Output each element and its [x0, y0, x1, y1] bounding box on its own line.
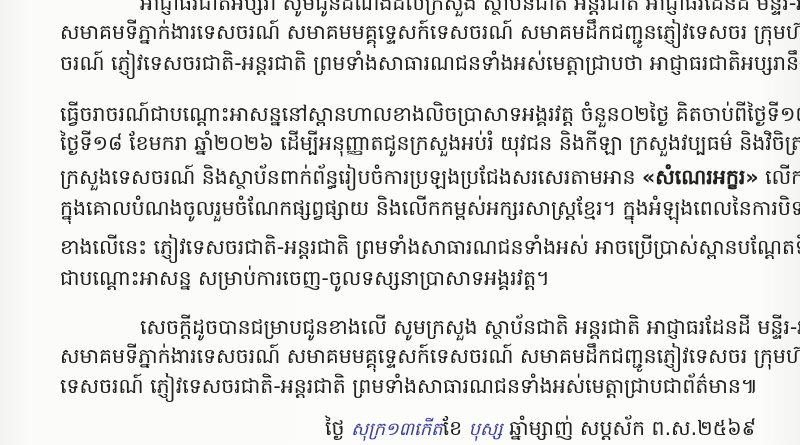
month-label: ខែ — [443, 416, 463, 440]
paragraph-1-line-4: ធ្វើចរាចរណ៍ជាបណ្តោះអាសន្ននៅស្ពានហាលខាងលិ… — [60, 99, 800, 129]
contest-title-emphasis: «សំណេរអក្ខរ» — [642, 165, 759, 189]
paragraph-1-line-1: អាជ្ញាធរជាតិអប្សរា សូមជូនដំណឹងដល់ក្រសួង … — [140, 0, 800, 18]
paragraph-1-line-6: ក្រសួងទេសចរណ៍ និងស្ថាប័នពាក់ព័ន្ធរៀបចំកា… — [60, 162, 800, 192]
date-suffix: ឆ្នាំម្សាញ់ សប្តស័ក ព.ស.២៥៦៩ — [509, 416, 756, 440]
line-6-text: ក្រសួងទេសចរណ៍ និងស្ថាប័នពាក់ព័ន្ធរៀបចំកា… — [60, 165, 635, 189]
scanned-document-page: អាជ្ញាធរជាតិអប្សរា សូមជូនដំណឹងដល់ក្រសួង … — [0, 0, 800, 445]
date-line: ថ្ងៃ សុក្រ១៣កើតខែ បុស្ស ឆ្នាំម្សាញ់ សប្ត… — [325, 413, 756, 445]
date-prefix: ថ្ងៃ — [325, 416, 345, 440]
paragraph-1-line-8: ខាងលើនេះ ភ្ញៀវទេសចរជាតិ-អន្តរជាតិ ព្រមទា… — [60, 232, 800, 262]
paragraph-1-line-3: ចរណ៍ ភ្ញៀវទេសចរជាតិ-អន្តរជាតិ ព្រមទាំងសា… — [60, 48, 800, 78]
handwritten-day: សុក្រ១៣កើត — [351, 419, 443, 440]
paragraph-1-line-2: សមាគមទីភ្នាក់ងារទេសចរណ៍ សមាគមមគ្គុទ្ទេសក… — [60, 17, 800, 47]
paragraph-1-line-5: ថ្ងៃទី១៨ ខែមករា ឆ្នាំ២០២៦ ដើម្បីអនុញ្ញាត… — [60, 128, 800, 158]
paragraph-2-line-2: សមាគមទីភ្នាក់ងារទេសចរណ៍ សមាគមមគ្គុទ្ទេសក… — [60, 341, 800, 371]
paragraph-1-line-9: ជាបណ្តោះអាសន្ន សម្រាប់ការចេញ-ចូលទស្សនាប្… — [60, 263, 550, 293]
paragraph-2-line-1: សេចក្តីដូចបានជម្រាបជូនខាងលើ សូមក្រសួង ស្… — [140, 312, 800, 342]
line-6-suffix: លើកទី៣ — [765, 165, 800, 189]
handwritten-month: បុស្ស — [469, 419, 503, 440]
paragraph-2-line-3: ទេសចរណ៍ ភ្ញៀវទេសចរជាតិ-អន្តរជាតិ ព្រមទាំ… — [60, 371, 758, 401]
paragraph-1-line-7: ក្នុងគោលបំណងចូលរួមចំណែកផ្សព្វផ្សាយ និងលើ… — [60, 193, 800, 223]
